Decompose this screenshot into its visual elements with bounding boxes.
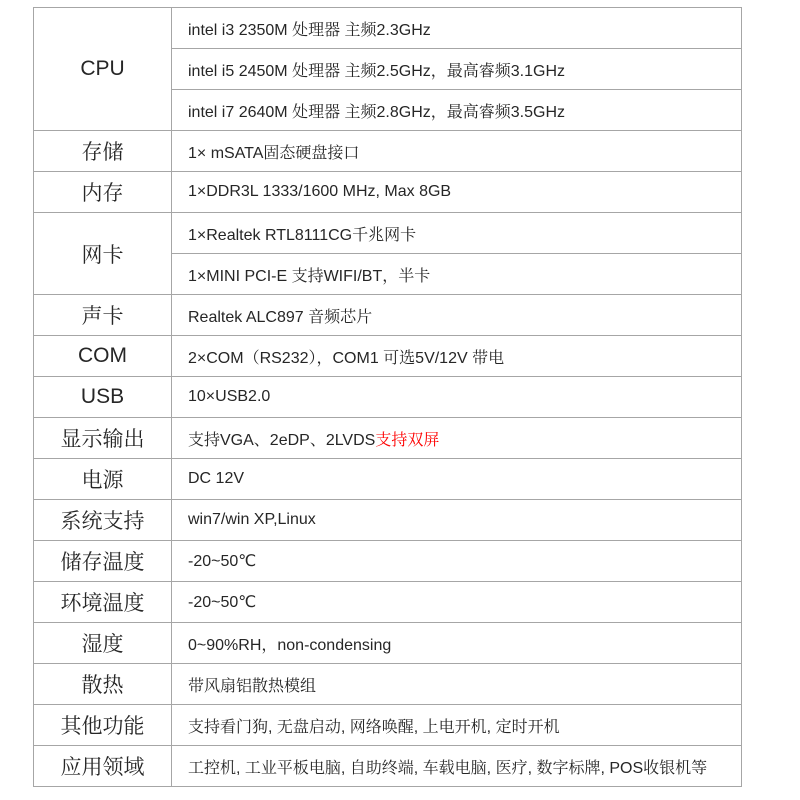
row-label: 其他功能 [34,705,172,746]
spec-table-body: CPUintel i3 2350M 处理器 主频2.3GHzintel i5 2… [34,8,742,787]
row-value: -20~50℃ [172,541,742,582]
row-value: 1×DDR3L 1333/1600 MHz, Max 8GB [172,172,742,213]
row-value: 支持VGA、2eDP、2LVDS支持双屏 [172,418,742,459]
table-row: 存储1× mSATA固态硬盘接口 [34,131,742,172]
value-text: 10×USB2.0 [188,388,270,405]
table-row: USB10×USB2.0 [34,377,742,418]
dual-screen-highlight: 支持双屏 [375,432,439,449]
table-row: 散热带风扇铝散热模组 [34,664,742,705]
spec-table-wrap: CPUintel i3 2350M 处理器 主频2.3GHzintel i5 2… [33,7,742,787]
table-row: 储存温度-20~50℃ [34,541,742,582]
table-row: 声卡Realtek ALC897 音频芯片 [34,295,742,336]
table-row: CPUintel i3 2350M 处理器 主频2.3GHz [34,8,742,49]
row-label: 系统支持 [34,500,172,541]
value-text: 1× mSATA固态硬盘接口 [188,145,359,162]
row-label: 网卡 [34,213,172,295]
row-label: CPU [34,8,172,131]
value-text: 工控机, 工业平板电脑, 自助终端, 车载电脑, 医疗, 数字标牌, POS收银… [188,760,707,777]
row-value: Realtek ALC897 音频芯片 [172,295,742,336]
table-row: 内存1×DDR3L 1333/1600 MHz, Max 8GB [34,172,742,213]
value-text: intel i5 2450M 处理器 主频2.5GHz，最高睿频3.1GHz [188,63,565,80]
value-text: 0~90%RH，non-condensing [188,637,391,654]
table-row: 显示输出支持VGA、2eDP、2LVDS支持双屏 [34,418,742,459]
value-text: 1×DDR3L 1333/1600 MHz, Max 8GB [188,183,451,200]
row-label: 声卡 [34,295,172,336]
row-value: 1×Realtek RTL8111CG千兆网卡 [172,213,742,254]
table-row: 电源DC 12V [34,459,742,500]
row-label: USB [34,377,172,418]
row-label: COM [34,336,172,377]
table-row: 系统支持win7/win XP,Linux [34,500,742,541]
value-text: 带风扇铝散热模组 [188,678,316,695]
row-value: 支持看门狗, 无盘启动, 网络唤醒, 上电开机, 定时开机 [172,705,742,746]
row-label: 存储 [34,131,172,172]
row-label: 显示输出 [34,418,172,459]
row-value: intel i3 2350M 处理器 主频2.3GHz [172,8,742,49]
row-value: intel i5 2450M 处理器 主频2.5GHz，最高睿频3.1GHz [172,49,742,90]
table-row: 其他功能支持看门狗, 无盘启动, 网络唤醒, 上电开机, 定时开机 [34,705,742,746]
row-value: 10×USB2.0 [172,377,742,418]
table-row: 环境温度-20~50℃ [34,582,742,623]
row-value: 工控机, 工业平板电脑, 自助终端, 车载电脑, 医疗, 数字标牌, POS收银… [172,746,742,787]
row-label: 内存 [34,172,172,213]
value-text: 1×Realtek RTL8111CG千兆网卡 [188,227,416,244]
value-text: 支持VGA、2eDP、2LVDS [188,432,375,449]
value-text: intel i7 2640M 处理器 主频2.8GHz，最高睿频3.5GHz [188,104,565,121]
table-row: 湿度0~90%RH，non-condensing [34,623,742,664]
row-value: 1×MINI PCI-E 支持WIFI/BT，半卡 [172,254,742,295]
table-row: 应用领域工控机, 工业平板电脑, 自助终端, 车载电脑, 医疗, 数字标牌, P… [34,746,742,787]
table-row: 网卡1×Realtek RTL8111CG千兆网卡 [34,213,742,254]
row-label: 环境温度 [34,582,172,623]
row-value: 1× mSATA固态硬盘接口 [172,131,742,172]
row-label: 湿度 [34,623,172,664]
row-label: 散热 [34,664,172,705]
row-value: 0~90%RH，non-condensing [172,623,742,664]
value-text: intel i3 2350M 处理器 主频2.3GHz [188,22,431,39]
row-value: win7/win XP,Linux [172,500,742,541]
row-value: -20~50℃ [172,582,742,623]
value-text: -20~50℃ [188,553,256,570]
spec-table: CPUintel i3 2350M 处理器 主频2.3GHzintel i5 2… [33,7,742,787]
row-label: 储存温度 [34,541,172,582]
value-text: DC 12V [188,470,244,487]
value-text: win7/win XP,Linux [188,511,316,528]
row-label: 电源 [34,459,172,500]
value-text: 2×COM（RS232），COM1 可选5V/12V 带电 [188,350,504,367]
value-text: 支持看门狗, 无盘启动, 网络唤醒, 上电开机, 定时开机 [188,719,560,736]
row-value: intel i7 2640M 处理器 主频2.8GHz，最高睿频3.5GHz [172,90,742,131]
row-label: 应用领域 [34,746,172,787]
row-value: 2×COM（RS232），COM1 可选5V/12V 带电 [172,336,742,377]
value-text: Realtek ALC897 音频芯片 [188,309,372,326]
row-value: DC 12V [172,459,742,500]
table-row: COM2×COM（RS232），COM1 可选5V/12V 带电 [34,336,742,377]
value-text: 1×MINI PCI-E 支持WIFI/BT，半卡 [188,268,430,285]
value-text: -20~50℃ [188,594,256,611]
row-value: 带风扇铝散热模组 [172,664,742,705]
